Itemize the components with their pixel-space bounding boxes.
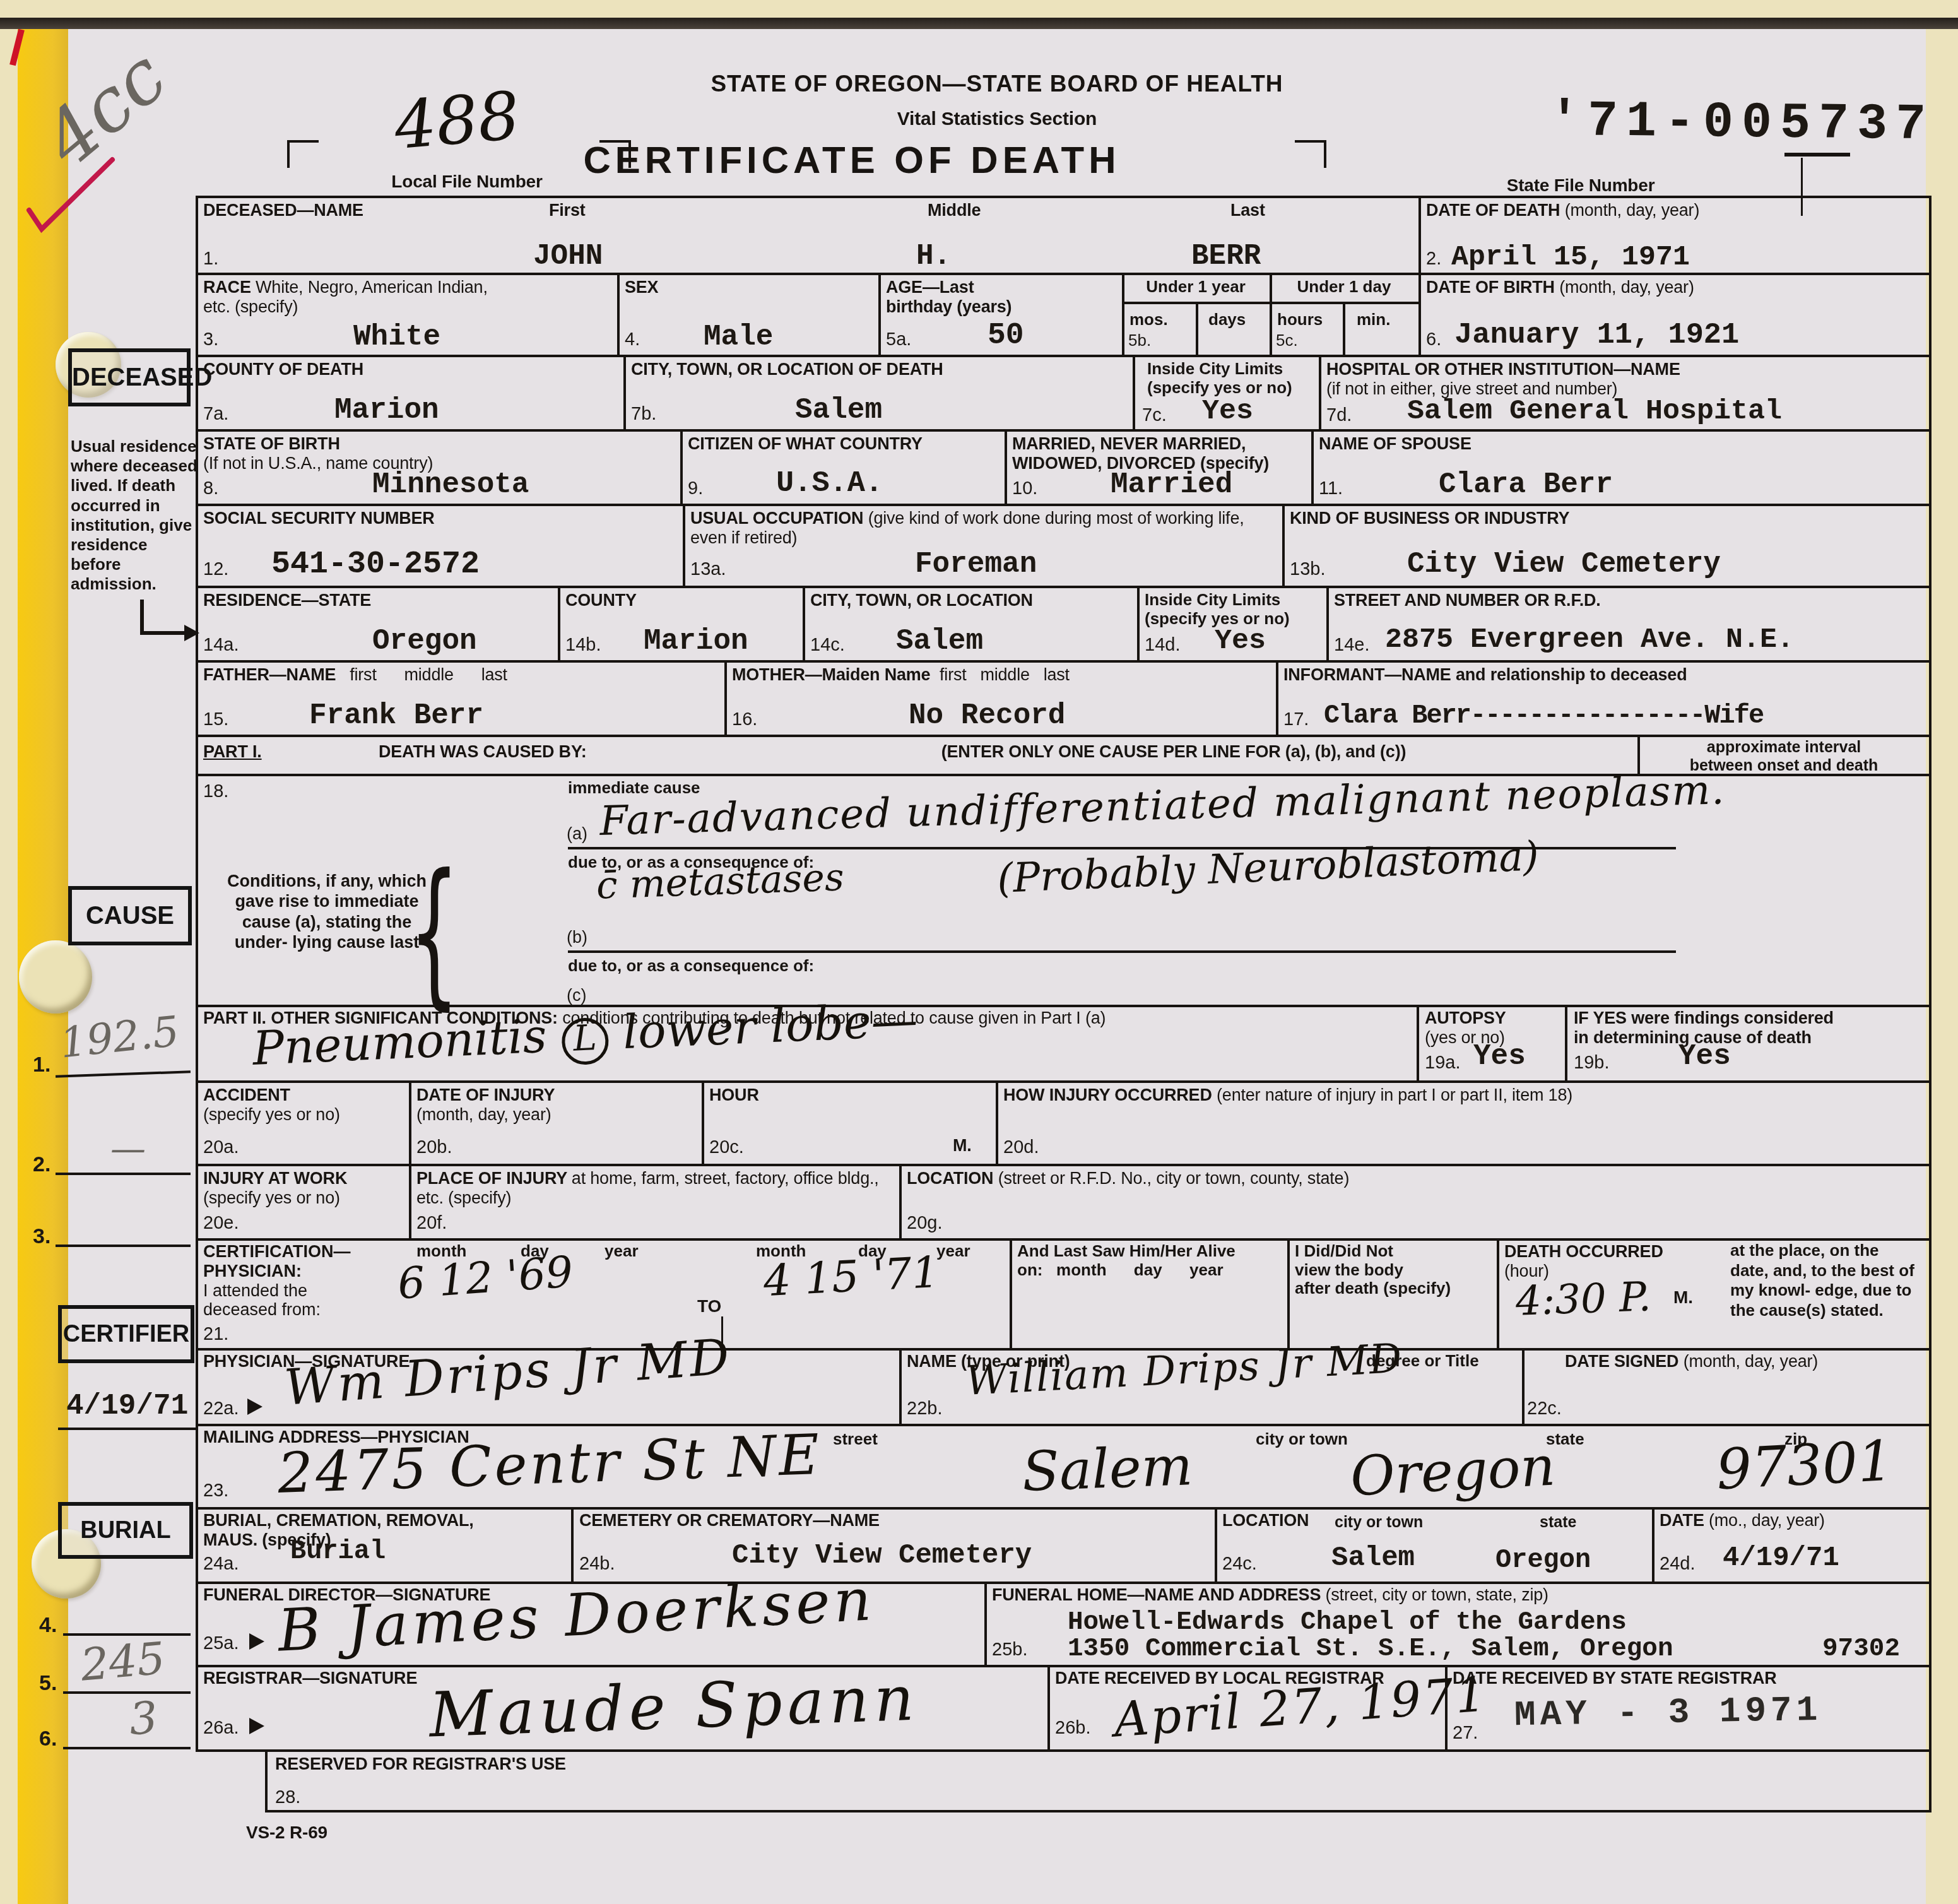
item-number: 22c. [1527, 1398, 1562, 1419]
field-mother-label: MOTHER—Maiden Name first middle last [732, 665, 1070, 685]
burial-date-value: 4/19/71 [1723, 1542, 1839, 1574]
part2-value-2: lower lobe [622, 995, 872, 1060]
item-number: 22b. [907, 1398, 942, 1419]
field-informant-label: INFORMANT—NAME and relationship to decea… [1283, 665, 1687, 685]
col-line [1497, 1238, 1499, 1348]
form-border [196, 196, 1931, 198]
field-race-value: White [353, 321, 440, 353]
field-sex-value: Male [704, 321, 773, 353]
scan-top-shadow [0, 18, 1958, 29]
item-number: 4. [625, 329, 640, 350]
item-number: 28. [275, 1787, 300, 1808]
cause-b-letter: (b) [567, 928, 587, 947]
item-number: 13b. [1290, 559, 1325, 580]
col-line [1047, 1665, 1050, 1749]
field-city-death-value: Salem [795, 394, 882, 427]
item-number: 20g. [907, 1213, 942, 1234]
residence-note: Usual residence where deceased lived. If… [71, 437, 198, 594]
margin-line [56, 1245, 191, 1247]
row-line [196, 735, 1929, 737]
field-dob-value: January 11, 1921 [1454, 319, 1739, 352]
brace: { [409, 853, 459, 1012]
item-number: 19b. [1574, 1053, 1609, 1073]
item-number: 14e. [1334, 635, 1369, 656]
reserved-label: RESERVED FOR REGISTRAR'S USE [275, 1754, 566, 1774]
item-number: 17. [1283, 709, 1309, 730]
field-name-last: BERR [1191, 240, 1261, 273]
item-number: 20a. [203, 1137, 239, 1158]
field-name-middle: H. [916, 240, 951, 273]
row-line [196, 1238, 1929, 1241]
field-city-death-label: CITY, TOWN, OR LOCATION OF DEATH [631, 360, 943, 379]
item-number: 7b. [631, 404, 656, 425]
cemetery-label: CEMETERY OR CREMATORY—NAME [579, 1511, 880, 1530]
mdy-label: year [605, 1242, 639, 1261]
col-line [996, 1080, 998, 1164]
grid-line [1343, 302, 1345, 355]
field-res-county-label: COUNTY [565, 591, 637, 610]
place-injury-label: PLACE OF INJURY at home, farm, street, f… [416, 1169, 896, 1208]
item-number: 10. [1012, 478, 1037, 499]
state-file-number-label: State File Number [1423, 175, 1738, 196]
col-line [878, 273, 881, 355]
col-line [1276, 660, 1278, 735]
stamp-underline [1784, 153, 1850, 157]
punch-hole [19, 940, 92, 1014]
funeral-home-line1: Howell-Edwards Chapel of the Gardens [1068, 1608, 1627, 1637]
burial-city-value: Salem [1331, 1542, 1415, 1574]
item-number: 14b. [565, 635, 601, 656]
org-section: Vital Statistics Section [681, 109, 1312, 130]
field-dob-label: DATE OF BIRTH (month, day, year) [1426, 278, 1694, 297]
field-marital-label: MARRIED, NEVER MARRIED,WIDOWED, DIVORCED… [1012, 434, 1269, 473]
margin-line-6-value: 3 [127, 1692, 159, 1746]
death-hour-m: M. [1673, 1287, 1693, 1308]
field-hospital-label: HOSPITAL OR OTHER INSTITUTION—NAME(if no… [1326, 360, 1920, 399]
field-dod-value: April 15, 1971 [1451, 241, 1690, 273]
row-line [196, 1080, 1929, 1083]
item-number: 25b. [992, 1640, 1027, 1660]
state-col-label: state [1540, 1513, 1576, 1532]
col-line [1418, 196, 1421, 273]
corner-bracket [287, 140, 319, 168]
accident-label: ACCIDENT(specify yes or no) [203, 1085, 340, 1125]
col-line [1417, 1005, 1419, 1080]
stamp-mark [1801, 158, 1803, 216]
margin-line [56, 1173, 191, 1175]
state-registrar-label: DATE RECEIVED BY STATE REGISTRAR [1453, 1669, 1777, 1688]
col-line [1282, 504, 1285, 586]
margin-line [58, 1428, 197, 1430]
item-number: 9. [688, 478, 703, 499]
field-res-city-value: Salem [896, 625, 983, 658]
death-certificate-scan: { "page": { "pencil_note": "4cc", "local… [0, 0, 1958, 1904]
item-number: 14c. [810, 635, 845, 656]
cause-rule [568, 950, 1676, 953]
col-line [984, 1582, 987, 1665]
field-res-state-value: Oregon [372, 625, 477, 658]
field-name-label: DECEASED—NAME [203, 201, 363, 220]
part1-instruction: (ENTER ONLY ONE CAUSE PER LINE FOR (a), … [726, 742, 1622, 762]
form-code: VS-2 R-69 [246, 1823, 327, 1843]
item-number: 7a. [203, 404, 228, 425]
under-1-day-hours: hours [1277, 310, 1323, 329]
last-saw-label: And Last Saw Him/Her Aliveon: month day … [1017, 1242, 1236, 1279]
field-ssn-label: SOCIAL SECURITY NUMBER [203, 509, 435, 528]
burial-state-value: Oregon [1495, 1545, 1591, 1575]
row-line [196, 355, 1929, 357]
part1-label: PART I. [203, 742, 262, 762]
col-line [1637, 735, 1640, 774]
col-line [803, 586, 805, 660]
field-father-label: FATHER—NAME first middle last [203, 665, 507, 685]
item-number: 1. [203, 249, 218, 269]
item-number: 26b. [1055, 1718, 1090, 1739]
death-hour-value: 4:30 P. [1515, 1274, 1652, 1325]
field-age-value: 50 [988, 319, 1024, 353]
field-icl2-label: Inside City Limits(specify yes or no) [1145, 591, 1321, 628]
item-number: 18. [203, 781, 228, 802]
burial-date-label: DATE (mo., day, year) [1660, 1511, 1825, 1530]
cause-a-letter: (a) [567, 824, 587, 844]
item-number: 20e. [203, 1213, 239, 1234]
mailing-zip-value: 97301 [1714, 1428, 1894, 1503]
item-number: 22a. [203, 1398, 239, 1419]
col-line [1005, 429, 1007, 504]
arrow-icon [247, 1398, 262, 1415]
field-county-death-label: COUNTY OF DEATH [203, 360, 363, 379]
col-line [1215, 1507, 1217, 1582]
burial-type-value: Burial [290, 1536, 386, 1566]
hour-m-label: M. [953, 1136, 972, 1156]
item-number: 20f. [416, 1213, 447, 1234]
field-citizen-value: U.S.A. [776, 467, 883, 500]
item-number: 25a. [203, 1633, 239, 1654]
col-line [409, 1080, 411, 1164]
margin-certifier-date: 4/19/71 [66, 1390, 188, 1422]
field-icl1-label: Inside City Limits(specify yes or no) [1147, 360, 1314, 397]
item-number: 5a. [886, 329, 911, 350]
col-line [1287, 1238, 1290, 1348]
row-line [196, 429, 1929, 432]
form-border [265, 1749, 268, 1810]
item-number: 15. [203, 709, 228, 730]
item-number: 20c. [709, 1137, 744, 1158]
field-marital-value: Married [1111, 468, 1232, 501]
date-injury-label: DATE OF INJURY(month, day, year) [416, 1085, 555, 1125]
col-line [409, 1164, 411, 1238]
street-col-label: street [833, 1430, 878, 1449]
margin-line-6-num: 6. [39, 1727, 57, 1751]
col-line [623, 355, 626, 429]
injury-work-label: INJURY AT WORK(specify yes or no) [203, 1169, 347, 1208]
row-line [196, 1665, 1929, 1667]
item-number: 16. [732, 709, 757, 730]
hour-label: HOUR [709, 1085, 759, 1105]
margin-cause-label: CAUSE [86, 902, 174, 930]
field-citizen-label: CITIZEN OF WHAT COUNTRY [688, 434, 923, 454]
state-file-number-value: '71-005737 [1549, 93, 1935, 154]
how-injury-label: HOW INJURY OCCURRED (enter nature of inj… [1003, 1085, 1918, 1105]
field-state-birth-value: Minnesota [372, 468, 529, 501]
item-number: 5b. [1128, 331, 1151, 350]
field-age-label: AGE—Lastbirthday (years) [886, 278, 1011, 317]
org-name: STATE OF OREGON—STATE BOARD OF HEALTH [681, 71, 1312, 97]
mailing-city-value: Salem [1021, 1434, 1193, 1503]
field-sex-label: SEX [625, 278, 658, 297]
corner-bracket [1295, 140, 1326, 168]
margin-line [63, 1747, 191, 1749]
grid-line [1122, 302, 1418, 304]
mailing-state-value: Oregon [1349, 1435, 1557, 1509]
item-number: 24c. [1222, 1554, 1257, 1575]
col-line [617, 273, 620, 355]
margin-burial-box: BURIAL [58, 1502, 193, 1559]
arrow-stem [140, 600, 144, 635]
field-occupation-label: USUAL OCCUPATION (give kind of work done… [690, 509, 1271, 548]
item-number: 7d. [1326, 405, 1352, 426]
field-name-first: JOHN [533, 240, 603, 273]
col-line [571, 1507, 574, 1582]
col-line [680, 429, 683, 504]
arrow-icon [249, 1718, 264, 1734]
col-line [1311, 429, 1314, 504]
under-1-day-min: min. [1357, 310, 1390, 329]
col-line [1137, 586, 1140, 660]
registrar-label: REGISTRAR—SIGNATURE [203, 1669, 417, 1688]
funeral-home-zip: 97302 [1822, 1635, 1900, 1664]
mdy-label: year [936, 1242, 970, 1261]
col-line [558, 586, 560, 660]
field-res-city-label: CITY, TOWN, OR LOCATION [810, 591, 1033, 610]
field-industry-label: KIND OF BUSINESS OR INDUSTRY [1290, 509, 1569, 528]
field-res-state-label: RESIDENCE—STATE [203, 591, 371, 610]
item-number: 14a. [203, 635, 239, 656]
did-view-label: I Did/Did Notview the bodyafter death (s… [1295, 1242, 1484, 1298]
item-number: 13a. [690, 559, 726, 580]
burial-location-label: LOCATION [1222, 1511, 1309, 1530]
item-number: 24d. [1660, 1554, 1695, 1575]
field-dod-label: DATE OF DEATH (month, day, year) [1426, 201, 1699, 220]
margin-deceased-box: DECEASED [68, 348, 191, 406]
col-line [1133, 355, 1135, 429]
col-header-middle: Middle [928, 201, 981, 220]
field-street-label: STREET AND NUMBER OR R.F.D. [1334, 591, 1601, 610]
grid-line [1196, 302, 1198, 355]
col-line [702, 1080, 704, 1164]
state-registrar-stamp: MAY - 3 1971 [1514, 1690, 1822, 1735]
col-header-last: Last [1230, 201, 1265, 220]
funeral-home-label: FUNERAL HOME—NAME AND ADDRESS (street, c… [992, 1585, 1926, 1605]
arrow-line [140, 631, 188, 635]
item-number: 3. [203, 329, 218, 350]
field-icl2-value: Yes [1215, 625, 1266, 657]
col-line [1652, 1507, 1654, 1582]
item-number: 8. [203, 478, 218, 499]
immediate-cause-label: immediate cause [568, 779, 700, 798]
margin-line-2-value: — [110, 1128, 146, 1169]
item-number: 26a. [203, 1718, 239, 1739]
field-mother-value: No Record [909, 699, 1065, 732]
margin-certifier-label: CERTIFIER [63, 1321, 190, 1347]
item-number: 7c. [1142, 405, 1167, 426]
margin-line-4-num: 4. [39, 1613, 57, 1638]
item-number: 21. [203, 1324, 228, 1345]
field-ssn-value: 541-30-2572 [271, 547, 480, 582]
field-state-birth-label: STATE OF BIRTH(If not in U.S.A., name co… [203, 434, 433, 473]
col-line [899, 1164, 902, 1238]
item-number: 23. [203, 1481, 228, 1501]
col-line [1418, 273, 1421, 355]
item-number: 24a. [203, 1554, 239, 1575]
item-number: 2. [1426, 249, 1441, 269]
margin-line [63, 1691, 191, 1694]
date-signed-label: DATE SIGNED (month, day, year) [1565, 1352, 1818, 1371]
row-line [196, 1507, 1929, 1510]
col-line [683, 504, 685, 586]
item-number: 14d. [1145, 635, 1180, 656]
row-line [196, 504, 1929, 506]
arrow-icon [249, 1633, 264, 1650]
under-1-year-label: Under 1 year [1122, 278, 1270, 297]
col-line [1565, 1005, 1567, 1080]
col-line [899, 1348, 902, 1424]
field-res-county-value: Marion [644, 625, 748, 658]
col-line [1319, 355, 1321, 429]
margin-cause-box: CAUSE [68, 886, 192, 945]
form-border [1929, 196, 1931, 1812]
margin-burial-label: BURIAL [80, 1517, 171, 1544]
certification-label: CERTIFICATION—PHYSICIAN:I attended thede… [203, 1242, 350, 1320]
part1-caused-by: DEATH WAS CAUSED BY: [379, 742, 587, 762]
col-line [1010, 1238, 1012, 1348]
field-occupation-value: Foreman [915, 548, 1037, 581]
under-1-year-days: days [1208, 310, 1246, 329]
margin-line-5-num: 5. [39, 1671, 57, 1696]
item-number: 20b. [416, 1137, 452, 1158]
under-1-day-label: Under 1 day [1270, 278, 1418, 297]
row-line [196, 1164, 1929, 1166]
autopsy-value: Yes [1473, 1040, 1526, 1073]
col-line [1522, 1348, 1525, 1424]
city-col-label: city or town [1335, 1513, 1423, 1532]
location-injury-label: LOCATION (street or R.F.D. No., city or … [907, 1169, 1916, 1188]
margin-certifier-box: CERTIFIER [58, 1305, 194, 1363]
field-street-value: 2875 Evergreen Ave. N.E. [1385, 624, 1794, 656]
due-to-label-2: due to, or as a consequence of: [568, 957, 814, 976]
findings-value: Yes [1678, 1040, 1731, 1073]
row-line [196, 1582, 1929, 1584]
item-number: 20d. [1003, 1137, 1039, 1158]
margin-line-5-value: 245 [79, 1632, 167, 1691]
item-number: 27. [1453, 1723, 1478, 1744]
attest-text: at the place, on the date, and, to the b… [1730, 1241, 1920, 1321]
item-number: 12. [203, 559, 228, 580]
item-number: 5c. [1276, 331, 1298, 350]
margin-line-3-num: 3. [33, 1224, 50, 1249]
field-spouse-label: NAME OF SPOUSE [1319, 434, 1471, 454]
field-icl1-value: Yes [1202, 395, 1253, 427]
cause-b-handwriting: c̄ metastases [596, 855, 845, 908]
row-line [196, 1424, 1929, 1426]
margin-line-2-num: 2. [33, 1152, 50, 1177]
item-number: 19a. [1425, 1053, 1460, 1073]
cemetery-value: City View Cemetery [732, 1540, 1032, 1571]
item-number: 24b. [579, 1554, 615, 1575]
row-line [196, 660, 1929, 663]
field-race-label: RACE White, Negro, American Indian,etc. … [203, 278, 607, 317]
field-informant-value: Clara Berr----------------Wife [1324, 701, 1763, 731]
attended-to-value: 4 15 '71 [762, 1248, 940, 1306]
under-1-year-mos: mos. [1129, 310, 1168, 329]
col-line [724, 660, 727, 735]
field-father-value: Frank Berr [309, 699, 483, 732]
margin-deceased-label: DECEASED [72, 364, 212, 391]
item-number: 6. [1426, 329, 1441, 350]
col-header-first: First [549, 201, 586, 220]
funeral-home-line2: 1350 Commercial St. S.E., Salem, Oregon [1068, 1635, 1673, 1664]
row-line [196, 586, 1929, 588]
field-hospital-value: Salem General Hospital [1407, 395, 1782, 427]
field-industry-value: City View Cemetery [1407, 548, 1721, 581]
field-county-death-value: Marion [334, 394, 439, 427]
form-border [265, 1810, 1931, 1812]
page-title: CERTIFICATE OF DEATH [442, 139, 1262, 182]
cause-c-letter: (c) [567, 986, 586, 1005]
margin-line-1-num: 1. [33, 1053, 50, 1077]
city-col-label: city or town [1256, 1430, 1348, 1449]
circled-L: L [561, 1017, 610, 1065]
item-number: 11. [1319, 478, 1343, 499]
field-spouse-value: Clara Berr [1439, 468, 1613, 501]
to-label: TO [697, 1296, 721, 1316]
conditions-note: Conditions, if any, which gave rise to i… [222, 871, 432, 953]
col-line [1326, 586, 1329, 660]
